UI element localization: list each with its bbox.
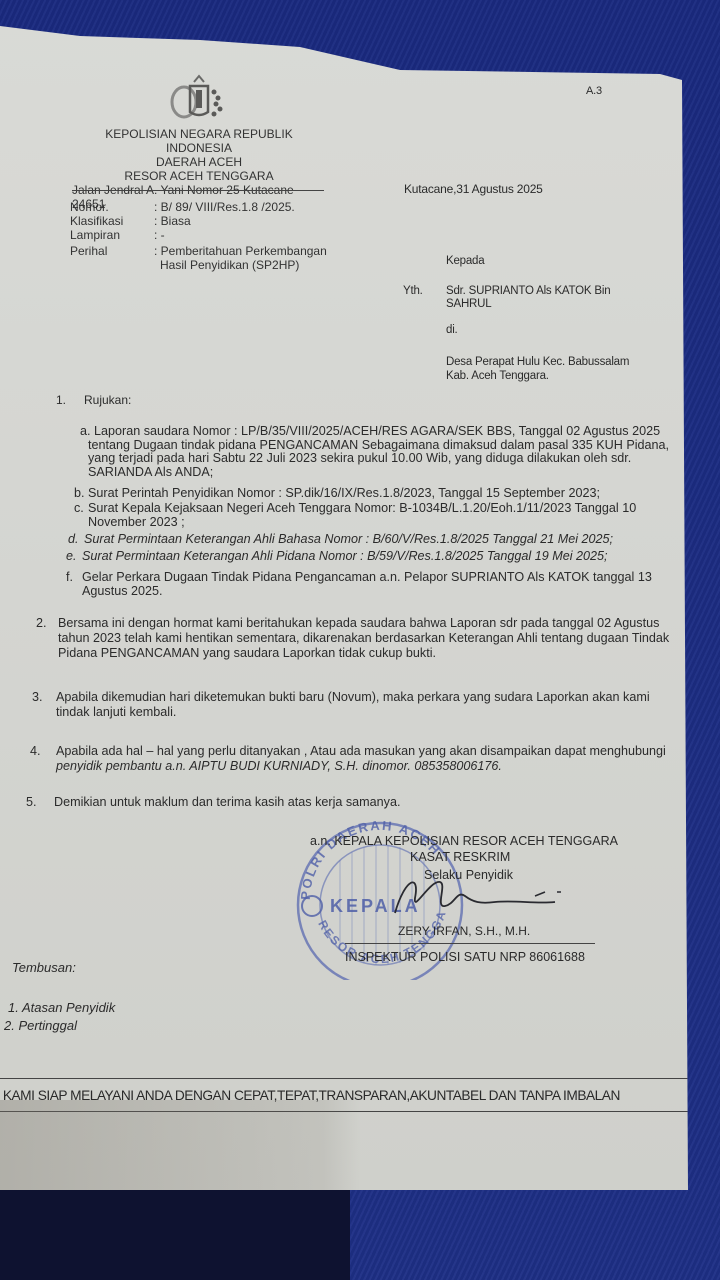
- letter-paper: A.3 KEPOLISIAN NEGARA REPUBLIK INDONESIA…: [0, 0, 720, 1190]
- letterhead-region: DAERAH ACEH: [74, 155, 324, 169]
- point-2: 2.Bersama ini dengan hormat kami beritah…: [36, 616, 669, 661]
- cc-item-2: 2. Pertinggal: [4, 1018, 77, 1033]
- reference-f: f.Gelar Perkara Dugaan Tindak Pidana Pen…: [66, 571, 652, 598]
- reference-c: c.Surat Kepala Kejaksaan Negeri Aceh Ten…: [74, 502, 636, 529]
- cc-item-1: 1. Atasan Penyidik: [8, 1000, 115, 1015]
- letterhead-institution: KEPOLISIAN NEGARA REPUBLIK INDONESIA: [74, 127, 324, 155]
- recipient-yth: Yth.: [403, 285, 423, 297]
- reference-a: a.Laporan saudara Nomor : LP/B/35/VIII/2…: [80, 425, 669, 479]
- shadow-area: [0, 1190, 350, 1280]
- recipient-address-1: Desa Perapat Hulu Kec. Babussalam: [446, 356, 629, 368]
- signatory-rank-nrp: INSPEKTUR POLISI SATU NRP 86061688: [345, 950, 585, 964]
- letterhead-divider: [72, 190, 324, 191]
- recipient-name-1: Sdr. SUPRIANTO Als KATOK Bin: [446, 285, 610, 297]
- recipient-di: di.: [446, 324, 458, 336]
- recipient-kepada: Kepada: [446, 255, 484, 267]
- hand-shadow: [0, 1100, 360, 1190]
- meta-row-lampiran: Lampiran: -: [70, 228, 380, 242]
- meta-row-perihal-cont: Hasil Penyidikan (SP2HP): [70, 258, 380, 272]
- place-date: Kutacane,31 Agustus 2025: [404, 182, 543, 196]
- signatory-name: ZERY IRFAN, S.H., M.H.: [398, 924, 530, 938]
- page-code: A.3: [586, 85, 602, 97]
- point-3: 3.Apabila dikemudian hari diketemukan bu…: [32, 690, 650, 720]
- letter-meta: Nomor.: B/ 89/ VIII/Res.1.8 /2025. Klasi…: [70, 200, 380, 272]
- polri-emblem-icon: [168, 72, 232, 122]
- handwritten-signature: [385, 868, 575, 928]
- meta-row-nomor: Nomor.: B/ 89/ VIII/Res.1.8 /2025.: [70, 200, 380, 214]
- meta-row-perihal: Perihal: Pemberitahuan Perkembangan: [70, 244, 380, 258]
- point-1-heading: 1.Rujukan:: [56, 393, 131, 407]
- signature-authority: a.n. KEPALA KEPOLISIAN RESOR ACEH TENGGA…: [310, 834, 618, 848]
- recipient-address-2: Kab. Aceh Tenggara.: [446, 370, 549, 382]
- reference-e: e.Surat Permintaan Keterangan Ahli Pidan…: [66, 550, 608, 564]
- letterhead-resort: RESOR ACEH TENGGARA: [74, 169, 324, 183]
- signature-position: KASAT RESKRIM: [410, 850, 510, 864]
- point-4: 4.Apabila ada hal – hal yang perlu ditan…: [30, 744, 666, 774]
- reference-b: b.Surat Perintah Penyidikan Nomor : SP.d…: [74, 487, 600, 501]
- point-5: 5.Demikian untuk maklum dan terima kasih…: [26, 796, 400, 810]
- signature-divider: [345, 943, 595, 944]
- reference-d: d.Surat Permintaan Keterangan Ahli Bahas…: [68, 533, 613, 547]
- recipient-name-2: SAHRUL: [446, 298, 491, 310]
- letterhead: KEPOLISIAN NEGARA REPUBLIK INDONESIA DAE…: [74, 127, 324, 211]
- meta-row-klasifikasi: Klasifikasi: Biasa: [70, 214, 380, 228]
- cc-title: Tembusan:: [12, 960, 76, 975]
